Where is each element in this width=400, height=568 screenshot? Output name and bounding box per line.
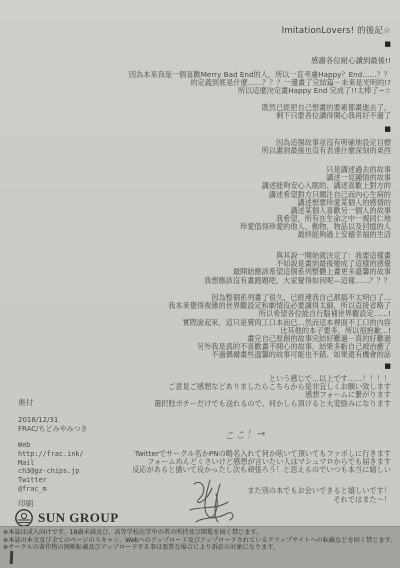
section-square-1: ■ xyxy=(384,40,391,48)
disclaimer-text: ※本誌は成人向けです。18歳未満及び、高等学校在学中の者の所持及び閲覧を固く禁じ… xyxy=(0,526,400,552)
footer-band: ※本誌は成人向けです。18歳未満及び、高等学校在学中の者の所持及び閲覧を固く禁じ… xyxy=(0,526,400,568)
sun-group-logo-icon xyxy=(14,508,34,528)
thanks-line: 感謝各位耐心讀到最後!! xyxy=(311,55,391,66)
afterword-paragraph-7: 因為整個系列畫了很久，已經連我自己都搞不太明白了… 我本來覺得複雜的世界觀設定和… xyxy=(168,294,391,360)
afterword-paragraph-6: 與其說一開始就決定了：我要這樣畫 不如說是畫到最後變成了這樣的感覺 最開始應該希… xyxy=(204,252,391,285)
afterword-paragraph-9: Twitterでサークル名かPNの略名入れて何か呟いて頂いてもファボしに行きます… xyxy=(132,450,391,475)
section-square-3: ■ xyxy=(384,362,391,370)
printer-logo-row: SUN GROUP xyxy=(14,508,119,528)
publish-date: 2018/12/31 xyxy=(18,416,58,424)
section-square-2: ■ xyxy=(384,125,391,133)
colophon-date-circle: 2018/12/31 FRAC/ちどみやみつき xyxy=(18,416,87,434)
colophon-label: 奥付 xyxy=(18,397,33,408)
afterword-title: ImitationLovers! 的後記☆ xyxy=(282,24,391,36)
printer-name: SUN GROUP xyxy=(38,510,119,526)
afterword-paragraph-8: という感じで…以上です……！！！！ ご意見ご感想などありましたらこちらから是非宜… xyxy=(154,375,391,408)
closing-lines: また別の本でもお会いできると嬉しいです！ それではまた～！ xyxy=(247,487,391,504)
colophon-contacts: Web http://frac.ink/ Mail ch3@gz-chips.j… xyxy=(18,441,83,494)
handwritten-here-note: ここ！→ xyxy=(224,425,267,443)
afterword-paragraph-3: 因為這個故事並沒有明確地設定目標 所以畫到最後也沒有表達什麼深刻的東西 xyxy=(262,139,391,155)
scanned-afterword-page: ImitationLovers! 的後記☆ ■ 感謝各位耐心讀到最後!! 因為本… xyxy=(0,0,400,568)
afterword-paragraph-5: 我希望，所有在生命之中一視同仁地 珍愛值得珍愛的他人、動物、物品以及回憶的人 最… xyxy=(240,215,391,240)
afterword-paragraph-1: 因為本來我是一個喜歡Merry Bad End的人，所以一直考慮Happy？En… xyxy=(129,71,391,96)
afterword-paragraph-2: 既然已經把自己想畫的要素都畫進去了， 剩下只要各位讀得開心我再好不過了 xyxy=(262,104,391,120)
circle-name: FRAC/ちどみやみつき xyxy=(18,425,87,433)
afterword-paragraph-4: 只是講述過去的故事 講述一見鍾情的故事 講述能夠安心入眠的、講述喜歡上對方的 講… xyxy=(262,166,391,215)
